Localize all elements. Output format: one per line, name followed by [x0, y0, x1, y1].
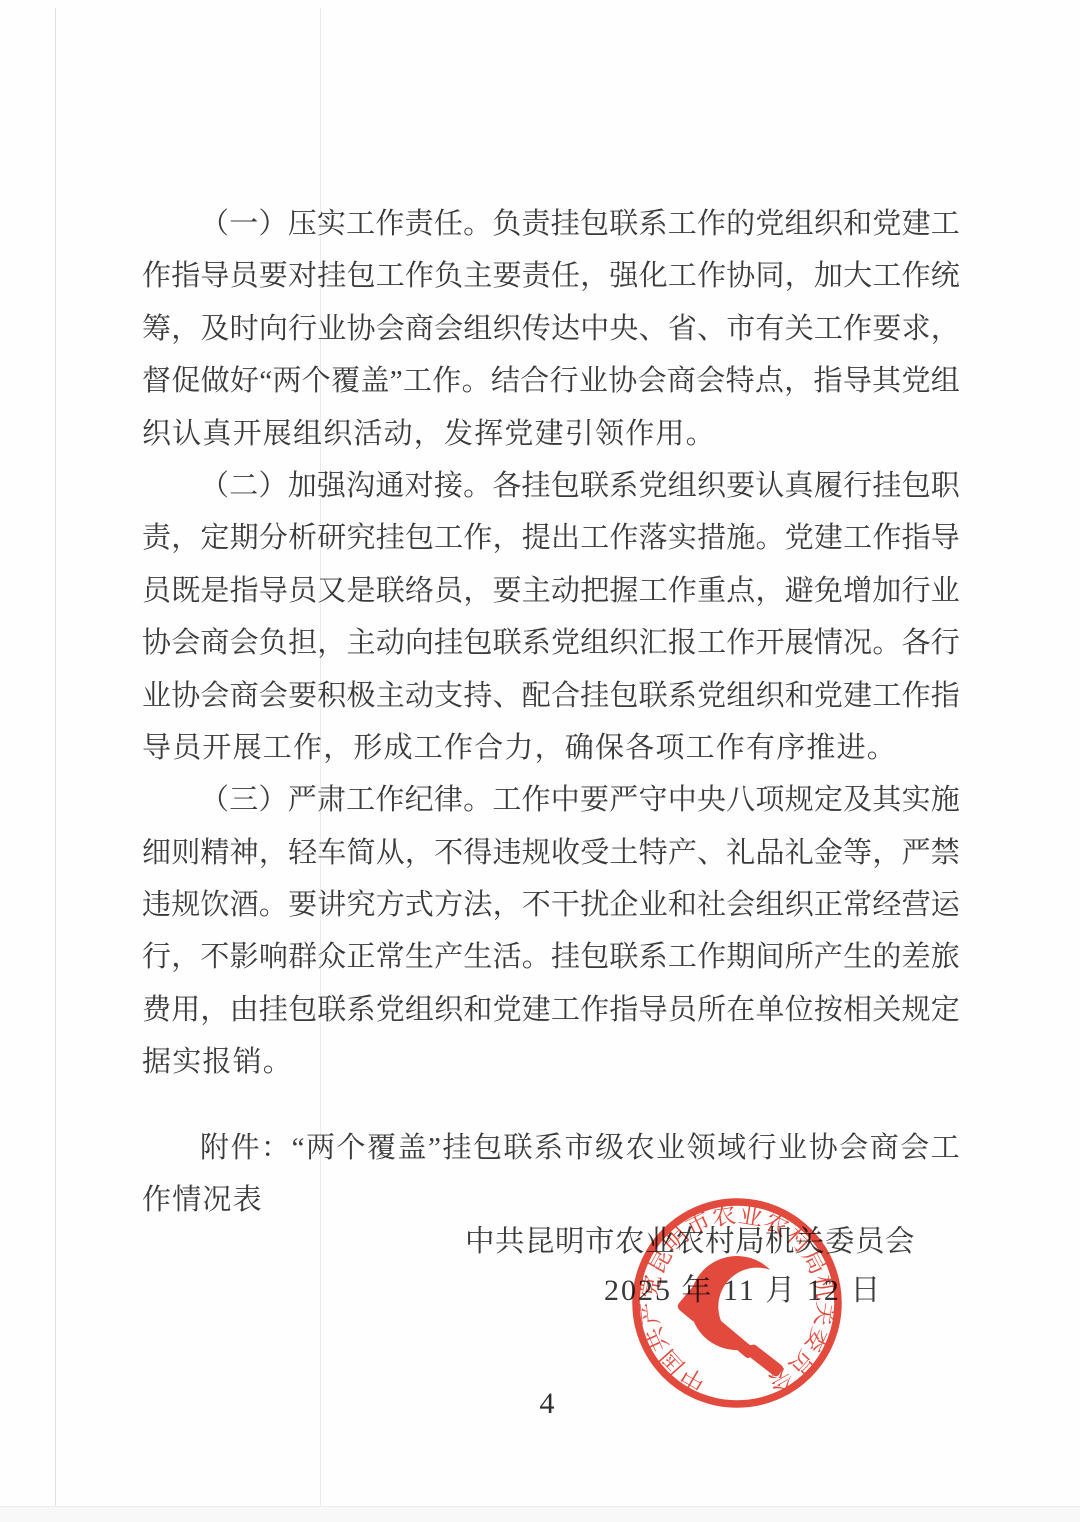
body-line: 业协会商会要积极主动支持、配合挂包联系党组织和党建工作指: [142, 670, 960, 722]
body-line: 筹，及时向行业协会商会组织传达中央、省、市有关工作要求，: [142, 303, 960, 355]
body-line: （一）压实工作责任。负责挂包联系工作的党组织和党建工: [142, 198, 960, 250]
scan-artifact-line: [55, 8, 56, 1506]
page-number: 4: [487, 1384, 607, 1424]
attachment-line: 附件：“两个覆盖”挂包联系市级农业领域行业协会商会工: [142, 1122, 960, 1174]
body-line: 费用，由挂包联系党组织和党建工作指导员所在单位按相关规定: [142, 984, 960, 1036]
body-line: 细则精神，轻车简从，不得违规收受土特产、礼品礼金等，严禁: [142, 827, 960, 879]
body-line: 行，不影响群众正常生产生活。挂包联系工作期间所产生的差旅: [142, 931, 960, 983]
body-line: 违规饮酒。要讲究方式方法，不干扰企业和社会组织正常经营运: [142, 879, 960, 931]
document-page: （一）压实工作责任。负责挂包联系工作的党组织和党建工 作指导员要对挂包工作负主要…: [0, 0, 1080, 1522]
body-line: 织认真开展组织活动，发挥党建引领作用。: [142, 408, 960, 460]
body-line: 据实报销。: [142, 1036, 960, 1088]
document-body: （一）压实工作责任。负责挂包联系工作的党组织和党建工 作指导员要对挂包工作负主要…: [142, 198, 960, 1089]
body-line: 作指导员要对挂包工作负主要责任，强化工作协同，加大工作统: [142, 250, 960, 302]
body-line: （二）加强沟通对接。各挂包联系党组织要认真履行挂包职: [142, 460, 960, 512]
hammer-sickle-icon: [676, 1256, 785, 1378]
body-line: 协会商会负担，主动向挂包联系党组织汇报工作开展情况。各行: [142, 617, 960, 669]
body-line: 导员开展工作，形成工作合力，确保各项工作有序推进。: [142, 722, 960, 774]
body-line: 责，定期分析研究挂包工作，提出工作落实措施。党建工作指导: [142, 512, 960, 564]
scan-page-edge: [0, 1506, 1080, 1522]
body-line: 督促做好“两个覆盖”工作。结合行业协会商会特点，指导其党组: [142, 355, 960, 407]
official-seal-stamp: 中国共产党昆明市农业农村局机关委员会: [615, 1181, 859, 1425]
body-line: （三）严肃工作纪律。工作中要严守中央八项规定及其实施: [142, 774, 960, 826]
body-line: 员既是指导员又是联络员，要主动把握工作重点，避免增加行业: [142, 565, 960, 617]
